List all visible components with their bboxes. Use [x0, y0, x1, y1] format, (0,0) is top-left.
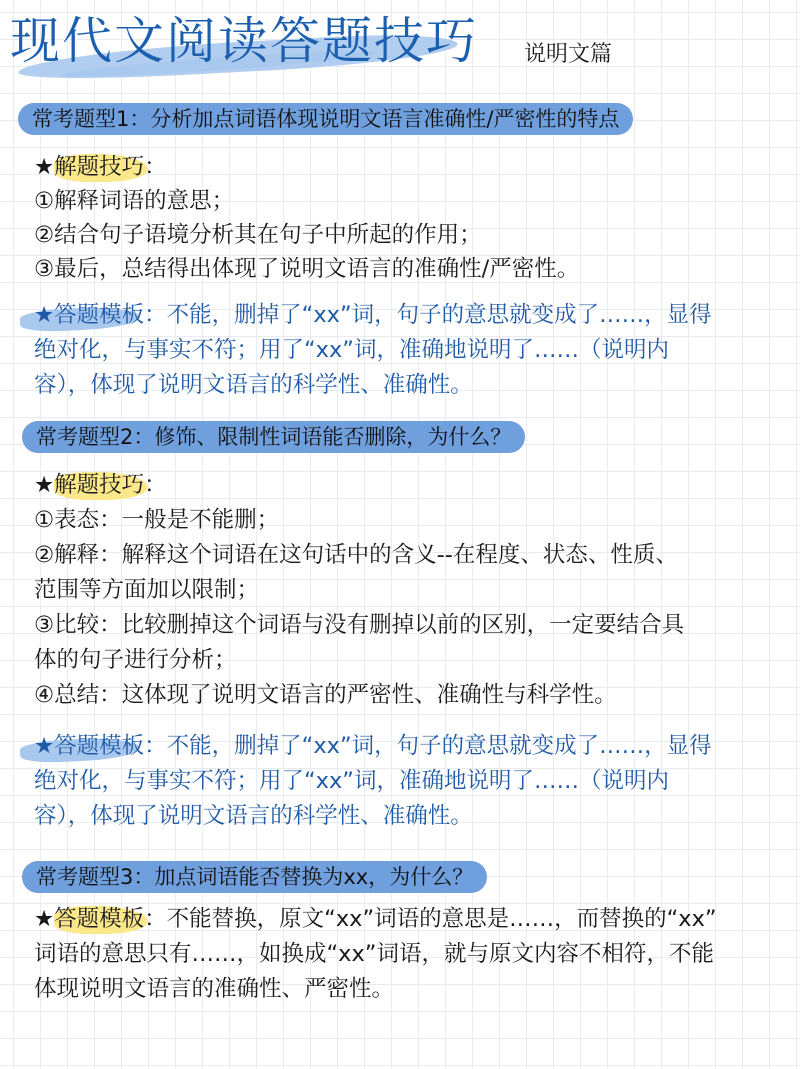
- section-2-template-line-3: 容），体现了说明文语言的科学性、准确性。: [34, 799, 473, 833]
- template-text: ：不能，删掉了“xx”词，句子的意思就变成了……，显得: [144, 302, 711, 328]
- section-3-template-line-2: 词语的意思只有……，如换成“xx”词语，就与原文内容不相符，不能: [34, 937, 714, 971]
- section-1-template-line-2: 绝对化，与事实不符；用了“xx”词，准确地说明了……（说明内: [34, 333, 669, 367]
- section-2-tips-label-line: ★解题技巧：: [34, 468, 167, 502]
- section-1-tip-1: ①解释词语的意思；: [34, 184, 234, 218]
- section-3-template-label: ★答题模板: [34, 902, 144, 936]
- section-2-tip-2-cont: 范围等方面加以限制；: [34, 573, 259, 607]
- template-text: ：不能替换，原文“xx”词语的意思是……，而替换的“xx”: [144, 906, 716, 932]
- section-2-template-line-2: 绝对化，与事实不符；用了“xx”词，准确地说明了……（说明内: [34, 764, 669, 798]
- section-2-tip-2: ②解释：解释这个词语在这句话中的含义--在程度、状态、性质、: [34, 538, 678, 572]
- section-2-tip-4: ④总结：这体现了说明文语言的严密性、准确性与科学性。: [34, 678, 617, 712]
- section-2-template-line-1: ★答题模板：不能，删掉了“xx”词，句子的意思就变成了……，显得: [34, 729, 712, 763]
- section-1-template-label: ★答题模板: [34, 298, 144, 332]
- section-1-tips-label-line: ★解题技巧：: [34, 150, 167, 184]
- section-3-heading: 常考题型3：加点词语能否替换为xx，为什么？: [22, 861, 487, 893]
- section-1-tip-3: ③最后，总结得出体现了说明文语言的准确性/严密性。: [34, 252, 579, 286]
- section-2-heading: 常考题型2：修饰、限制性词语能否删除，为什么？: [22, 421, 525, 453]
- page-subtitle: 说明文篇: [524, 40, 612, 70]
- section-2-template-label: ★答题模板: [34, 729, 144, 763]
- section-3-template-line-1: ★答题模板：不能替换，原文“xx”词语的意思是……，而替换的“xx”: [34, 902, 717, 936]
- section-1-template-line-3: 容），体现了说明文语言的科学性、准确性。: [34, 368, 473, 402]
- template-text: ：不能，删掉了“xx”词，句子的意思就变成了……，显得: [144, 733, 711, 759]
- colon: ：: [144, 472, 167, 498]
- section-2-tip-3-cont: 体的句子进行分析；: [34, 643, 237, 677]
- section-1-tips-label: ★解题技巧: [34, 150, 144, 184]
- colon: ：: [144, 154, 167, 180]
- section-3-template-line-3: 体现说明文语言的准确性、严密性。: [34, 972, 394, 1006]
- section-1-heading: 常考题型1：分析加点词语体现说明文语言准确性/严密性的特点: [18, 103, 633, 135]
- section-1-template-line-1: ★答题模板：不能，删掉了“xx”词，句子的意思就变成了……，显得: [34, 298, 712, 332]
- section-2-tip-3: ③比较：比较删掉这个词语与没有删掉以前的区别，一定要结合具: [34, 608, 684, 642]
- page-title: 现代文阅读答题技巧: [10, 6, 478, 76]
- page-content: 现代文阅读答题技巧 说明文篇 常考题型1：分析加点词语体现说明文语言准确性/严密…: [0, 0, 800, 1069]
- section-2-tips-label: ★解题技巧: [34, 468, 144, 502]
- section-2-tip-1: ①表态：一般是不能删；: [34, 503, 279, 537]
- section-1-tip-2: ②结合句子语境分析其在句子中所起的作用；: [34, 218, 482, 252]
